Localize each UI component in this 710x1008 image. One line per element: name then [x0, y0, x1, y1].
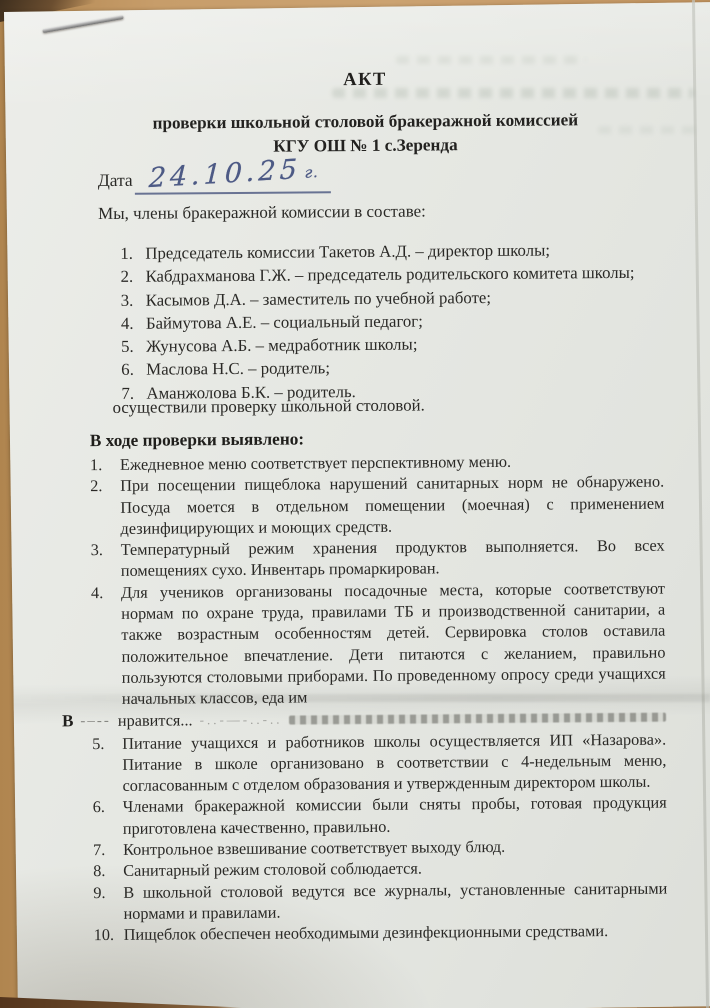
finding-text: Контрольное взвешивание соответствует вы… [123, 837, 505, 859]
document-subtitle: проверки школьной столовой бракеражной к… [32, 107, 698, 159]
finding-text: Ежедневное меню соответствует перспектив… [120, 452, 511, 474]
finding-text: Питание учащихся и работников школы осущ… [122, 729, 666, 795]
date-row: Дата24.10.25г. [98, 160, 331, 195]
finding-item: 10.Пищеблок обеспечен необходимыми дезин… [94, 920, 668, 946]
finding-number: 10. [94, 924, 124, 946]
artifact-dashes: -–-- [80, 713, 111, 730]
handwritten-date-suffix: г. [304, 163, 319, 182]
finding-item: 4.Для учеников организованы посадочные м… [91, 577, 666, 709]
finding-number: 1. [90, 454, 120, 476]
finding-item: 6.Членами бракеражной комиссии были снят… [93, 792, 667, 839]
member-text: Баймутова А.Е. – социальный педагог; [146, 311, 423, 332]
member-number: 3. [121, 288, 146, 311]
finding-item: 9.В школьной столовой ведутся все журнал… [93, 877, 667, 924]
finding-text: Пищеблок обеспечен необходимыми дезинфек… [124, 921, 609, 944]
finding-item: 5.Питание учащихся и работников школы ос… [92, 728, 666, 796]
finding-text: Членами бракеражной комиссии были сняты … [123, 793, 667, 838]
document-content: АКТ проверки школьной столовой бракеражн… [0, 0, 710, 1008]
findings-part-2: 5.Питание учащихся и работников школы ос… [92, 728, 668, 945]
finding-number: 9. [93, 882, 123, 904]
date-underline: 24.10.25г. [135, 160, 331, 195]
finding-number: 6. [93, 796, 123, 818]
document-header: АКТ проверки школьной столовой бракеражн… [32, 67, 699, 159]
artifact-bold-letter: В [62, 711, 74, 731]
artifact-dashes: -..-—-..-.. [200, 712, 283, 729]
member-number: 5. [121, 335, 146, 358]
finding-item: 3.Температурный режим хранения продуктов… [91, 535, 665, 582]
findings-heading: В ходе проверки выявлено: [90, 429, 304, 451]
member-item: 2.Кабдрахманова Г.Ж. – председатель роди… [120, 261, 680, 289]
member-text: Кабдрахманова Г.Ж. – председатель родите… [145, 263, 634, 286]
finding-number: 5. [92, 732, 122, 754]
findings-part-1: 1.Ежедневное меню соответствует перспект… [90, 450, 666, 710]
finding-text: В школьной столовой ведутся все журналы,… [123, 878, 667, 923]
finding-number: 2. [90, 475, 120, 497]
member-number: 6. [121, 358, 146, 381]
finding-text: Санитарный режим столовой соблюдается. [123, 859, 422, 880]
handwritten-date: 24.10.25г. [148, 153, 320, 194]
finding-number: 8. [93, 860, 123, 882]
finding-item: 2.При посещении пищеблока нарушений сани… [90, 471, 664, 539]
member-text: Председатель комиссии Такетов А.Д. – дир… [145, 241, 550, 263]
members-list: 1.Председатель комиссии Такетов А.Д. – д… [120, 237, 681, 404]
member-text: Касымов Д.А. – заместитель по учебной ра… [146, 288, 491, 310]
date-label: Дата [98, 170, 133, 190]
finding-number: 4. [91, 582, 121, 604]
finding-number: 7. [93, 839, 123, 861]
document-title: АКТ [32, 67, 698, 93]
finding-text: Температурный режим хранения продуктов в… [121, 536, 665, 581]
findings-list: 1.Ежедневное меню соответствует перспект… [90, 450, 668, 946]
member-text: Маслова Н.С. – родитель; [146, 359, 330, 379]
member-number: 2. [120, 265, 145, 288]
finding-text: Для учеников организованы посадочные мес… [121, 578, 666, 708]
artifact-visible-text: нравится... [118, 710, 193, 731]
member-text: Жунусова А.Б. – медработник школы; [146, 335, 418, 356]
finding-text: При посещении пищеблока нарушений санита… [120, 472, 664, 538]
members-footer: осуществили проверку школьной столовой. [112, 396, 424, 418]
finding-number: 3. [91, 539, 121, 561]
subtitle-line-2: КГУ ОШ № 1 с.Зеренда [32, 131, 698, 160]
scan-smudge-band [289, 712, 666, 724]
member-number: 1. [120, 242, 145, 265]
member-number: 4. [121, 312, 146, 335]
intro-sentence: Мы, члены бракеражной комиссии в составе… [98, 201, 426, 224]
